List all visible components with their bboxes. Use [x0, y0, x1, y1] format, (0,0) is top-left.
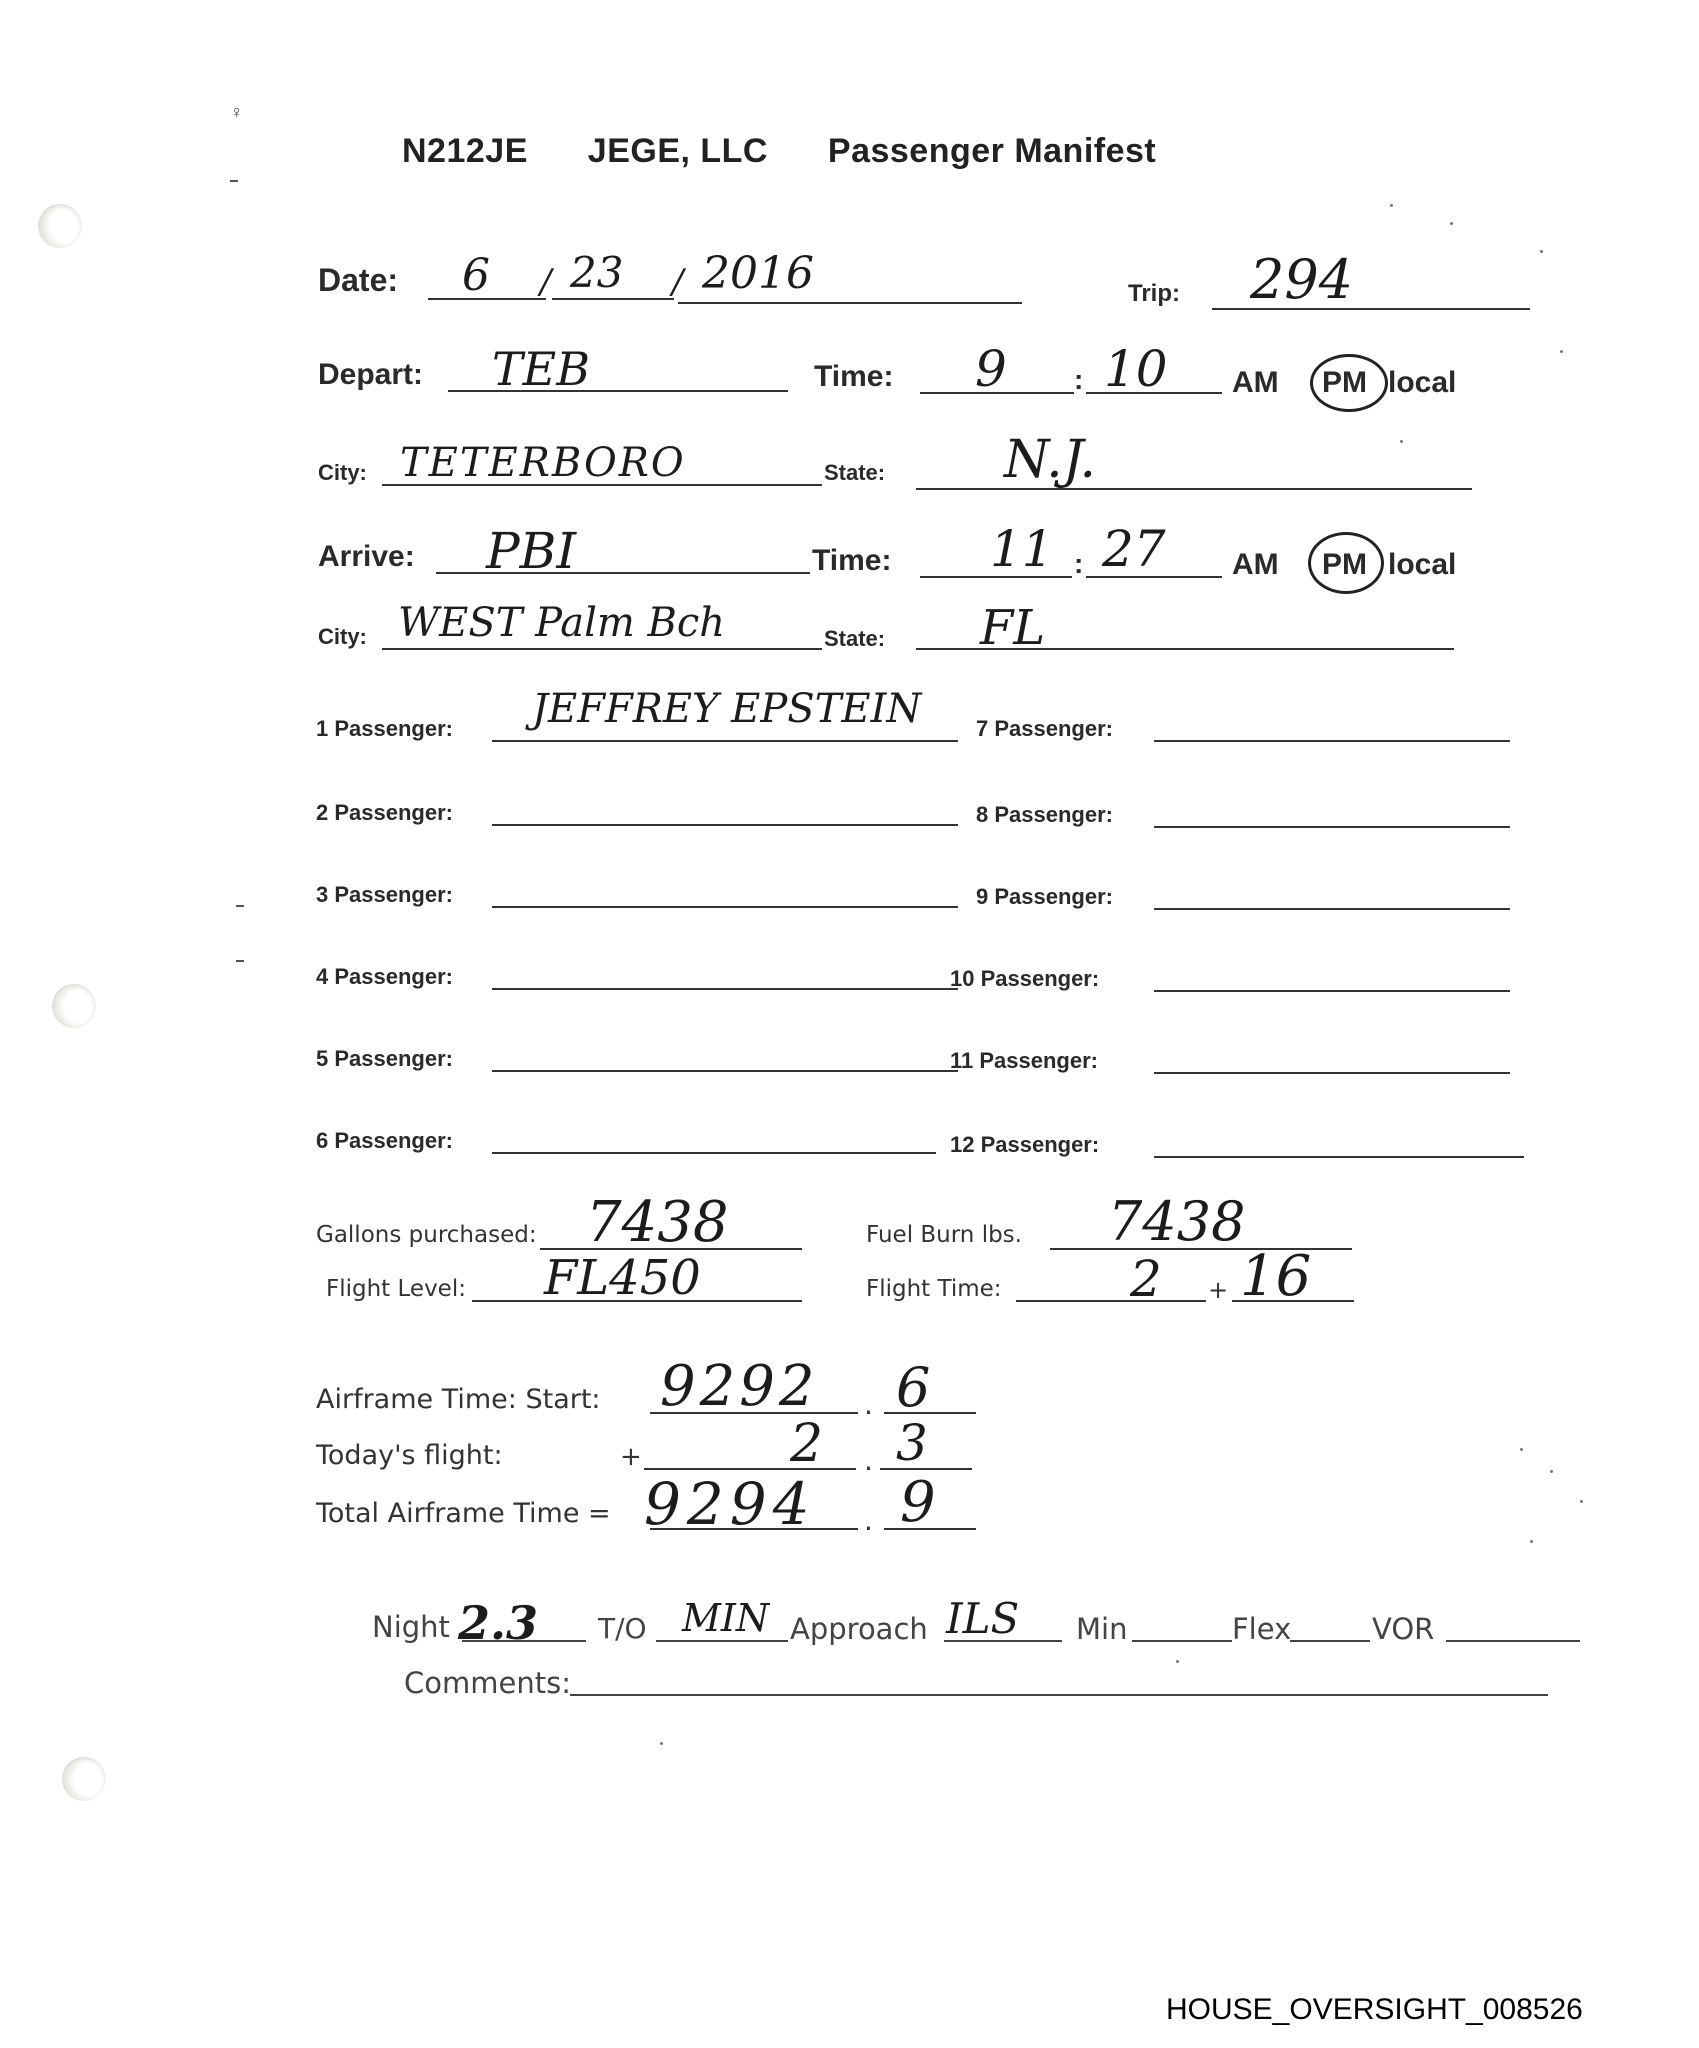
- depart-pm-selected-circle: [1310, 354, 1388, 412]
- passenger-label: 3 Passenger:: [316, 882, 453, 908]
- passenger-field[interactable]: [492, 740, 958, 742]
- approach-value: ILS: [946, 1594, 1019, 1643]
- company-name: JEGE, LLC: [588, 132, 768, 170]
- comments-label: Comments:: [404, 1666, 571, 1700]
- date-sep-1: /: [540, 262, 551, 302]
- punch-hole-top: [38, 204, 82, 248]
- today-flight-label: Today's flight:: [316, 1440, 503, 1471]
- passenger-label: 12 Passenger:: [950, 1132, 1099, 1158]
- comments-line[interactable]: [570, 1694, 1548, 1696]
- passenger-label: 7 Passenger:: [976, 716, 1113, 742]
- flex-line[interactable]: [1290, 1640, 1370, 1642]
- margin-dash: [236, 960, 244, 962]
- punch-hole-middle: [52, 984, 96, 1028]
- passenger-label: 8 Passenger:: [976, 802, 1113, 828]
- passenger-label: 2 Passenger:: [316, 800, 453, 826]
- depart-state-line[interactable]: [916, 488, 1472, 490]
- scan-speck: [1530, 1540, 1533, 1543]
- arrive-city-line[interactable]: [382, 648, 822, 650]
- scan-speck: [1520, 1448, 1523, 1451]
- depart-state-label: State:: [824, 460, 885, 486]
- arrive-state-label: State:: [824, 626, 885, 652]
- passenger-label: 6 Passenger:: [316, 1128, 453, 1154]
- depart-label: Depart:: [318, 358, 423, 392]
- gallons-value: 7438: [586, 1190, 729, 1255]
- fuel-burn-label: Fuel Burn lbs.: [866, 1222, 1022, 1248]
- date-sep-2: /: [672, 262, 683, 302]
- scan-speck: [1550, 1470, 1553, 1473]
- night-value: 2.3: [458, 1596, 538, 1650]
- margin-dash: [236, 905, 244, 907]
- date-day-line[interactable]: [552, 298, 674, 300]
- trip-label: Trip:: [1128, 280, 1180, 308]
- passenger-field[interactable]: [492, 1070, 958, 1072]
- today-flight-tenths-value: 3: [896, 1414, 928, 1472]
- arrive-minute-value: 27: [1102, 520, 1166, 578]
- passenger-name: JEFFREY EPSTEIN: [532, 686, 921, 732]
- trip-value: 294: [1250, 248, 1353, 311]
- total-airframe-label: Total Airframe Time =: [316, 1498, 611, 1529]
- scan-speck: [1560, 350, 1563, 353]
- passenger-field[interactable]: [492, 1152, 936, 1154]
- airframe-start-whole-value: 9292: [660, 1354, 819, 1419]
- passenger-field[interactable]: [1154, 990, 1510, 992]
- scan-speck: [1450, 222, 1453, 225]
- arrive-time-colon: :: [1074, 548, 1083, 580]
- flight-level-label: Flight Level:: [326, 1276, 466, 1302]
- date-label: Date:: [318, 262, 398, 299]
- scan-speck: [660, 1742, 663, 1745]
- vor-label: VOR: [1372, 1612, 1434, 1646]
- min-label: Min: [1076, 1612, 1127, 1646]
- date-year-line[interactable]: [678, 302, 1022, 304]
- scan-speck: [1540, 250, 1543, 253]
- vor-line[interactable]: [1446, 1640, 1580, 1642]
- total-airframe-whole-value: 9294: [644, 1470, 816, 1538]
- passenger-field[interactable]: [1154, 826, 1510, 828]
- form-header: N212JE JEGE, LLC Passenger Manifest: [402, 132, 1156, 171]
- arrive-city-value: WEST Palm Bch: [398, 600, 725, 646]
- airframe-start-decimal: .: [864, 1388, 873, 1421]
- passenger-label: 10 Passenger:: [950, 966, 1099, 992]
- flight-time-hours-line[interactable]: [1016, 1300, 1206, 1302]
- depart-am-option[interactable]: AM: [1232, 366, 1279, 400]
- flight-time-label: Flight Time:: [866, 1276, 1002, 1302]
- scan-speck: [1400, 440, 1403, 443]
- today-flight-decimal: .: [864, 1444, 873, 1477]
- total-airframe-decimal: .: [864, 1504, 873, 1537]
- passenger-field[interactable]: [1154, 740, 1510, 742]
- depart-minute-value: 10: [1104, 340, 1168, 398]
- min-line[interactable]: [1132, 1640, 1232, 1642]
- margin-dash: [230, 180, 238, 182]
- fuel-burn-value: 7438: [1108, 1190, 1245, 1253]
- total-airframe-tenths-value: 9: [900, 1470, 936, 1535]
- night-label: Night: [372, 1610, 450, 1644]
- depart-time-colon: :: [1074, 364, 1083, 396]
- scan-speck: [1390, 204, 1393, 207]
- arrive-am-option[interactable]: AM: [1232, 548, 1279, 582]
- scan-speck: [1580, 1500, 1583, 1503]
- depart-time-label: Time:: [814, 360, 893, 394]
- form-title: Passenger Manifest: [828, 132, 1156, 170]
- flight-time-sep: +: [1208, 1276, 1228, 1304]
- passenger-field[interactable]: [492, 906, 958, 908]
- approach-label: Approach: [790, 1612, 928, 1646]
- passenger-label: 4 Passenger:: [316, 964, 453, 990]
- depart-city-label: City:: [318, 460, 367, 486]
- passenger-field[interactable]: [492, 824, 958, 826]
- flight-time-hours-value: 2: [1130, 1250, 1162, 1308]
- arrive-pm-selected-circle: [1308, 532, 1384, 594]
- depart-local-label: local: [1388, 366, 1456, 400]
- passenger-label: 1 Passenger:: [316, 716, 453, 742]
- passenger-field[interactable]: [1154, 1072, 1510, 1074]
- punch-hole-bottom: [62, 1757, 106, 1801]
- date-month-value: 6: [462, 250, 490, 301]
- depart-hour-value: 9: [975, 340, 1007, 398]
- date-day-value: 23: [570, 248, 623, 297]
- passenger-field[interactable]: [1154, 908, 1510, 910]
- tail-number: N212JE: [402, 132, 528, 170]
- depart-city-value: TETERBORO: [400, 440, 686, 486]
- arrive-value: PBI: [486, 522, 576, 580]
- today-flight-plus: +: [620, 1442, 642, 1472]
- arrive-local-label: local: [1388, 548, 1456, 582]
- scan-speck: [1176, 1660, 1179, 1663]
- passenger-field[interactable]: [1154, 1156, 1524, 1158]
- passenger-label: 9 Passenger:: [976, 884, 1113, 910]
- passenger-label: 5 Passenger:: [316, 1046, 453, 1072]
- gallons-label: Gallons purchased:: [316, 1222, 537, 1248]
- arrive-state-value: FL: [980, 600, 1045, 656]
- to-value: MIN: [682, 1596, 769, 1640]
- flight-time-minutes-value: 16: [1240, 1244, 1311, 1309]
- arrive-time-label: Time:: [812, 544, 891, 578]
- arrive-city-label: City:: [318, 624, 367, 650]
- depart-state-value: N.J.: [1004, 430, 1096, 490]
- depart-value: TEB: [492, 342, 590, 396]
- date-year-value: 2016: [702, 248, 814, 299]
- bates-number: HOUSE_OVERSIGHT_008526: [1166, 1993, 1583, 2027]
- arrive-label: Arrive:: [318, 540, 415, 574]
- airframe-start-tenths-value: 6: [896, 1356, 930, 1419]
- flex-label: Flex: [1232, 1612, 1291, 1646]
- to-line[interactable]: [656, 1640, 788, 1642]
- passenger-label: 11 Passenger:: [950, 1048, 1098, 1074]
- passenger-field[interactable]: [492, 988, 958, 990]
- margin-stamp-mark: ♀: [230, 102, 244, 123]
- arrive-hour-value: 11: [990, 520, 1054, 578]
- flight-level-value: FL450: [544, 1250, 701, 1306]
- today-flight-whole-value: 2: [790, 1414, 823, 1474]
- airframe-start-label: Airframe Time: Start:: [316, 1384, 601, 1415]
- to-label: T/O: [598, 1612, 647, 1645]
